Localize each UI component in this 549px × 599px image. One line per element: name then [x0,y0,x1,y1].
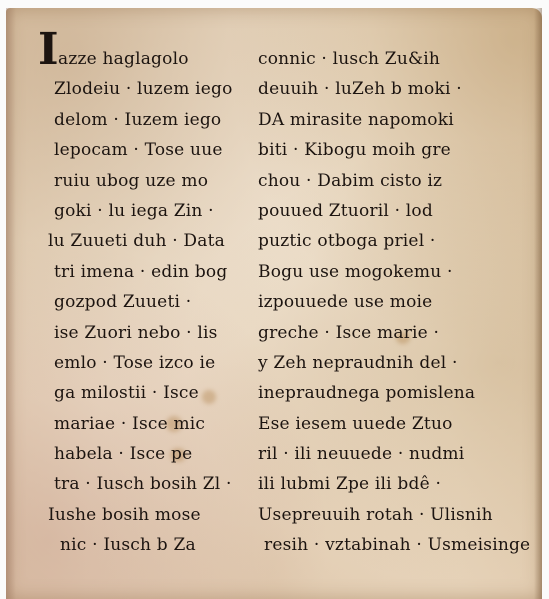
text-line: y Zeh nepraudnih del · [258,348,530,378]
text-line: ili lubmi Zpe ili bdê · [258,469,530,499]
text-line: delom · Iuzem iego [54,105,233,135]
text-line: puztic otboga priel · [258,226,530,256]
parchment-right-edge [534,8,542,599]
text-line: pouued Ztuoril · lod [258,196,530,226]
text-line: lu Zuueti duh · Data [48,226,233,256]
text-line: lepocam · Tose uue [54,135,233,165]
text-line: ise Zuori nebo · lis [54,318,233,348]
text-line: azze haglagolo [54,44,233,74]
text-line: ga milostii · Isce [54,378,233,408]
text-line: mariae · Isce mic [54,409,233,439]
parchment-left-edge [6,8,16,599]
text-line: Usepreuuih rotah · Ulisnih [258,500,530,530]
right-column: connic · lusch Zu&ih deuuih · luZeh b mo… [258,44,530,561]
text-line: tra · Iusch bosih Zl · [54,469,233,499]
text-line: Ese iesem uuede Ztuo [258,409,530,439]
text-line: inepraudnega pomislena [258,378,530,408]
text-line: Bogu use mogokemu · [258,257,530,287]
text-line: Iushe bosih mose [48,500,233,530]
text-line: emlo · Tose izco ie [54,348,233,378]
text-line: tri imena · edin bog [54,257,233,287]
text-line: habela · Isce pe [54,439,233,469]
text-line: gozpod Zuueti · [54,287,233,317]
text-line: DA mirasite napomoki [258,105,530,135]
text-line: connic · lusch Zu&ih [258,44,530,74]
text-line: goki · lu iega Zin · [54,196,233,226]
text-line: resih · vztabinah · Usmeisinge [258,530,530,560]
manuscript-image: I azze haglagolo Zlodeiu · luzem iego de… [0,0,549,599]
text-line: deuuih · luZeh b moki · [258,74,530,104]
left-column: azze haglagolo Zlodeiu · luzem iego delo… [54,44,233,561]
text-line: nic · Iusch b Za [54,530,233,560]
text-line: ril · ili neuuede · nudmi [258,439,530,469]
text-line: Zlodeiu · luzem iego [54,74,233,104]
text-line: chou · Dabim cisto iz [258,166,530,196]
text-line: izpouuede use moie [258,287,530,317]
text-line: ruiu ubog uze mo [54,166,233,196]
text-line: biti · Kibogu moih gre [258,135,530,165]
text-line: greche · Isce marie · [258,318,530,348]
